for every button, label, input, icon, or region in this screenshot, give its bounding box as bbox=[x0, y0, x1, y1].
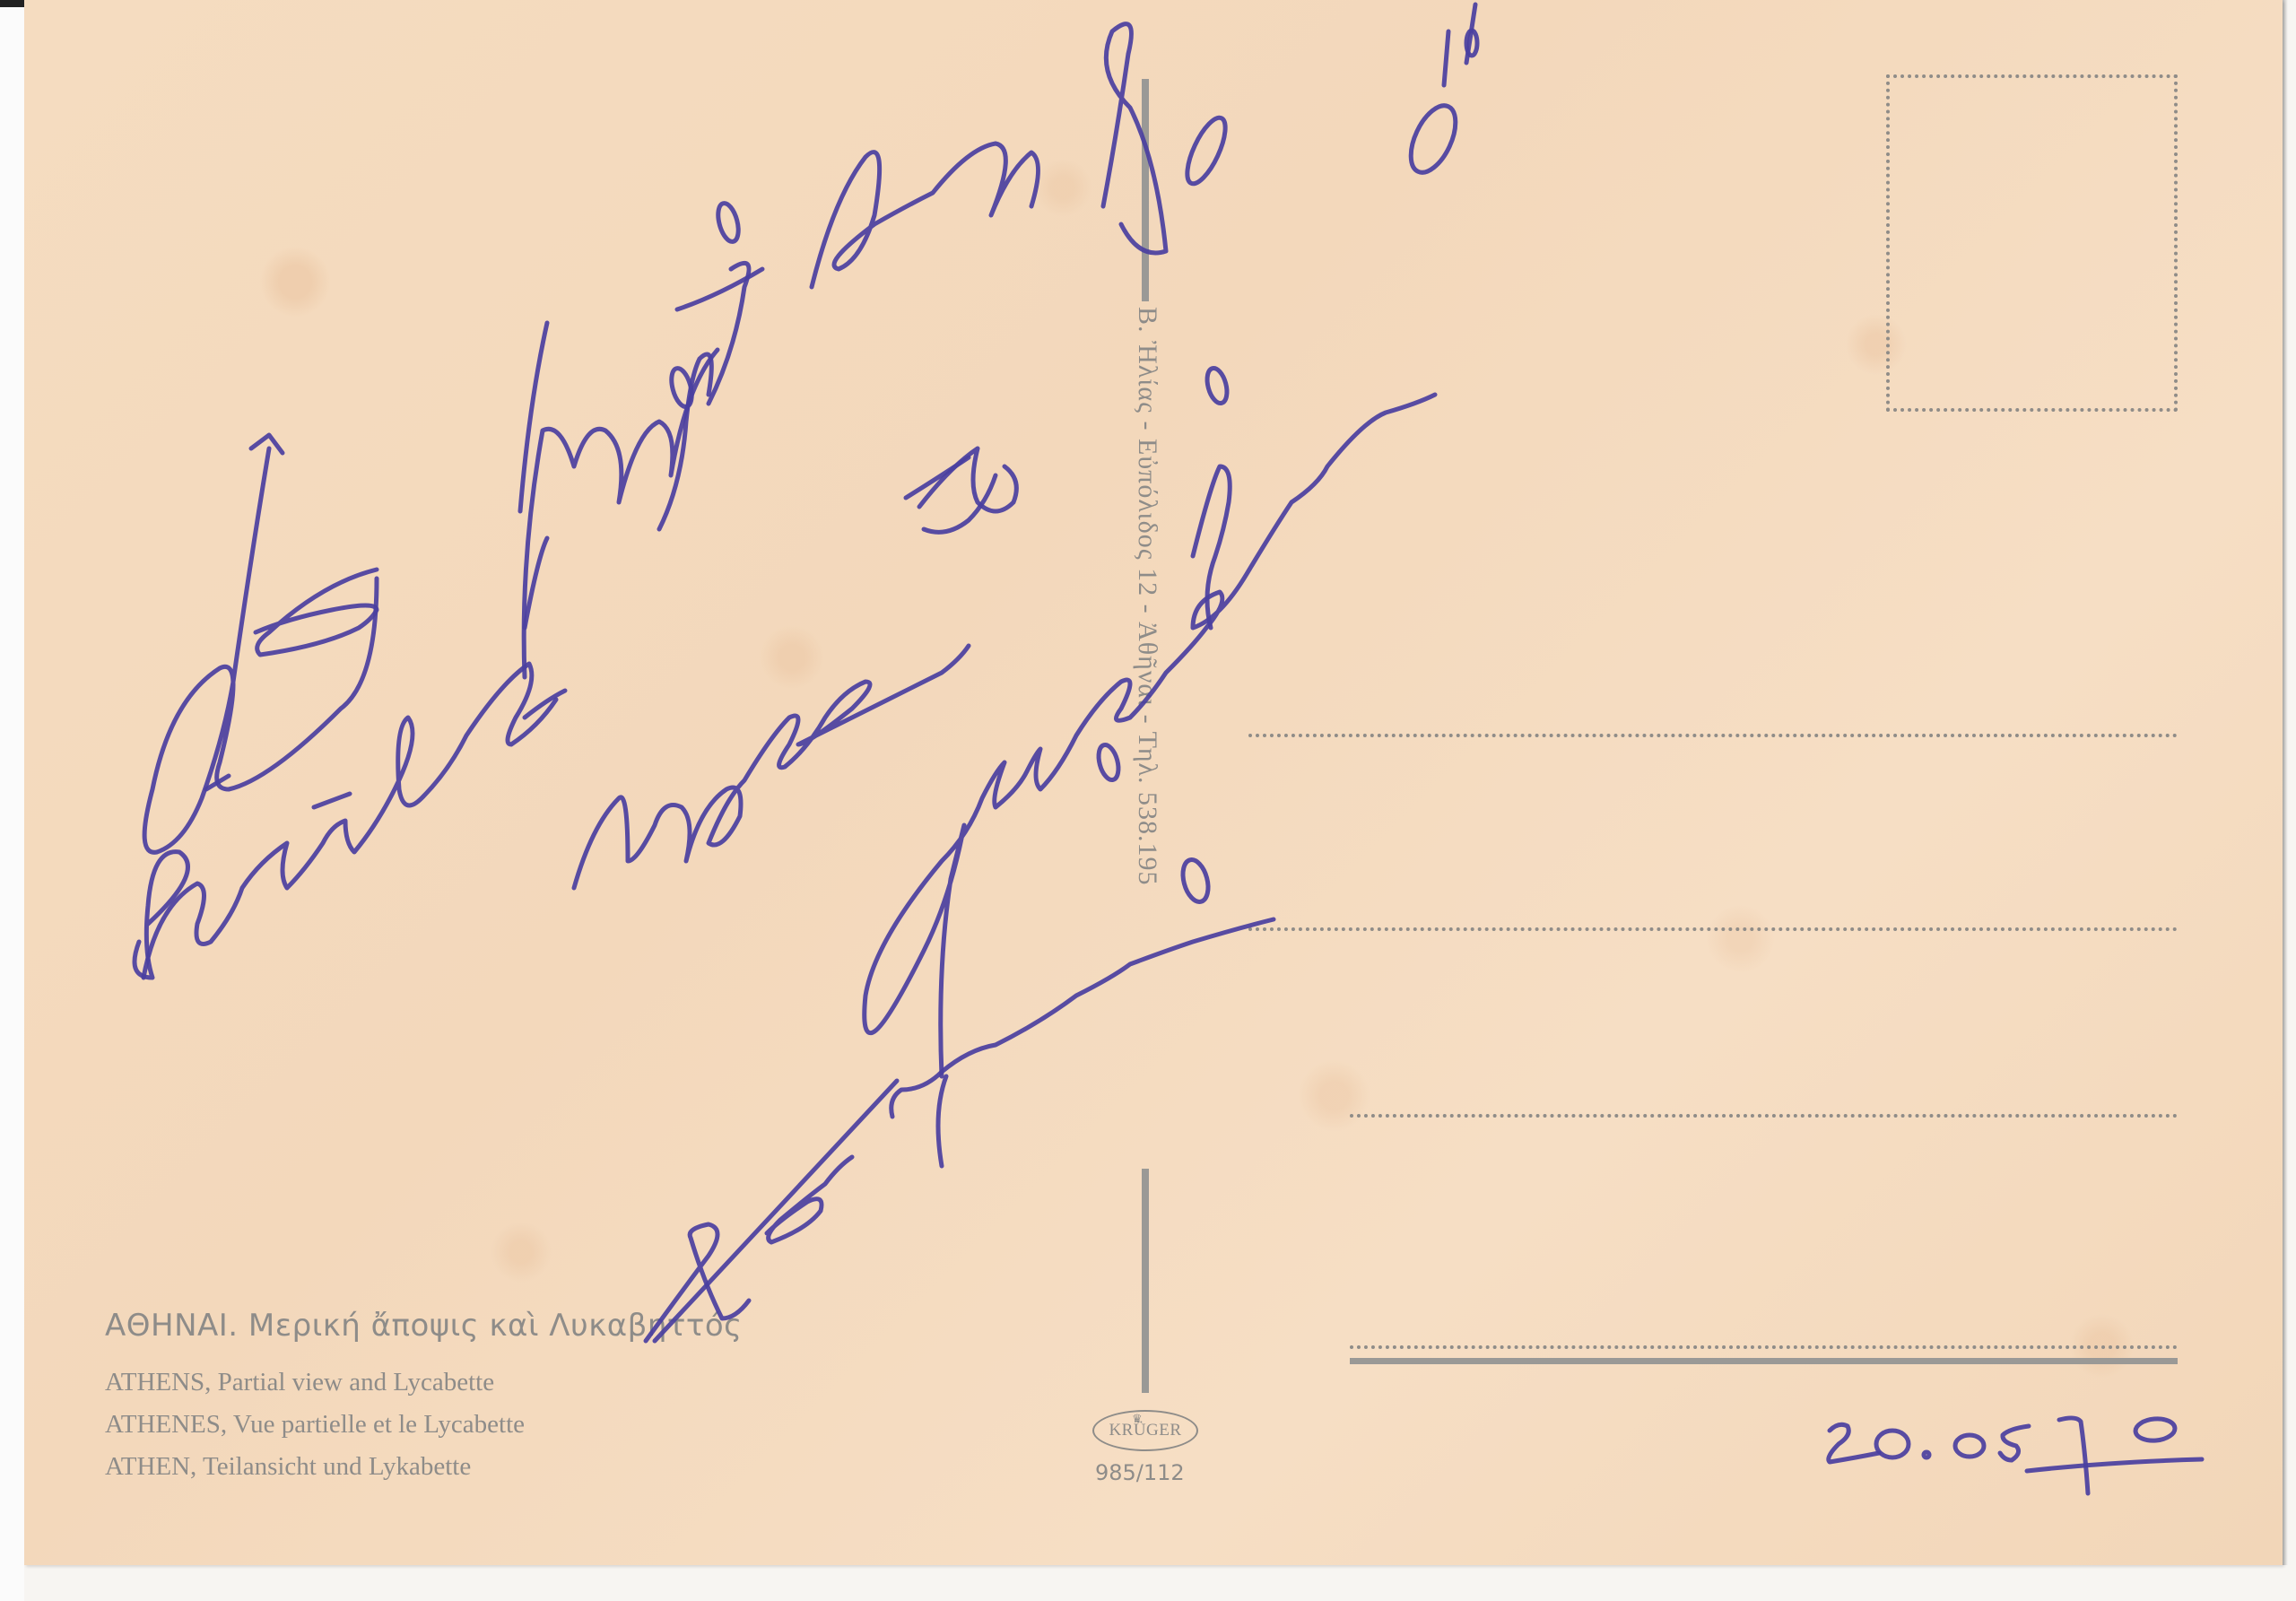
address-line-3 bbox=[1350, 1114, 2178, 1118]
center-divider-bottom bbox=[1142, 1169, 1149, 1393]
address-line-4 bbox=[1350, 1345, 2178, 1349]
card-edge-shadow bbox=[2283, 0, 2288, 1565]
scan-margin bbox=[0, 0, 24, 1601]
publisher-imprint: Β. Ἠλίας - Εὐπόλιδος 12 - Ἀθῆναι - Τηλ. … bbox=[1132, 307, 1162, 1168]
caption-text: Teilansicht und Lykabette bbox=[203, 1452, 471, 1481]
caption-french: ATHENES, Vue partielle et le Lycabette bbox=[105, 1410, 525, 1440]
address-underline bbox=[1350, 1358, 2178, 1364]
scan-edge bbox=[0, 0, 24, 7]
stamp-box bbox=[1886, 74, 2178, 412]
kruger-logo: KRÜGER bbox=[1092, 1410, 1198, 1451]
caption-greek: ΑΘΗΝΑΙ. Μερική ἄποψις καὶ Λυκαβηττός bbox=[105, 1308, 743, 1344]
caption-german: ATHEN, Teilansicht und Lykabette bbox=[105, 1452, 471, 1482]
caption-city: ATHENES, bbox=[105, 1410, 227, 1439]
caption-text: Vue partielle et le Lycabette bbox=[233, 1410, 525, 1439]
caption-text: Partial view and Lycabette bbox=[218, 1368, 494, 1397]
address-line-2 bbox=[1248, 927, 2178, 931]
logo-text: KRÜGER bbox=[1109, 1421, 1181, 1440]
catalog-number: 985/112 bbox=[1095, 1460, 1185, 1485]
caption-city: ATHEN, bbox=[105, 1452, 196, 1481]
caption-english: ATHENS, Partial view and Lycabette bbox=[105, 1368, 494, 1397]
address-line-1 bbox=[1248, 734, 2178, 737]
center-divider-top bbox=[1142, 79, 1149, 301]
caption-city: ATHENS, bbox=[105, 1368, 211, 1397]
